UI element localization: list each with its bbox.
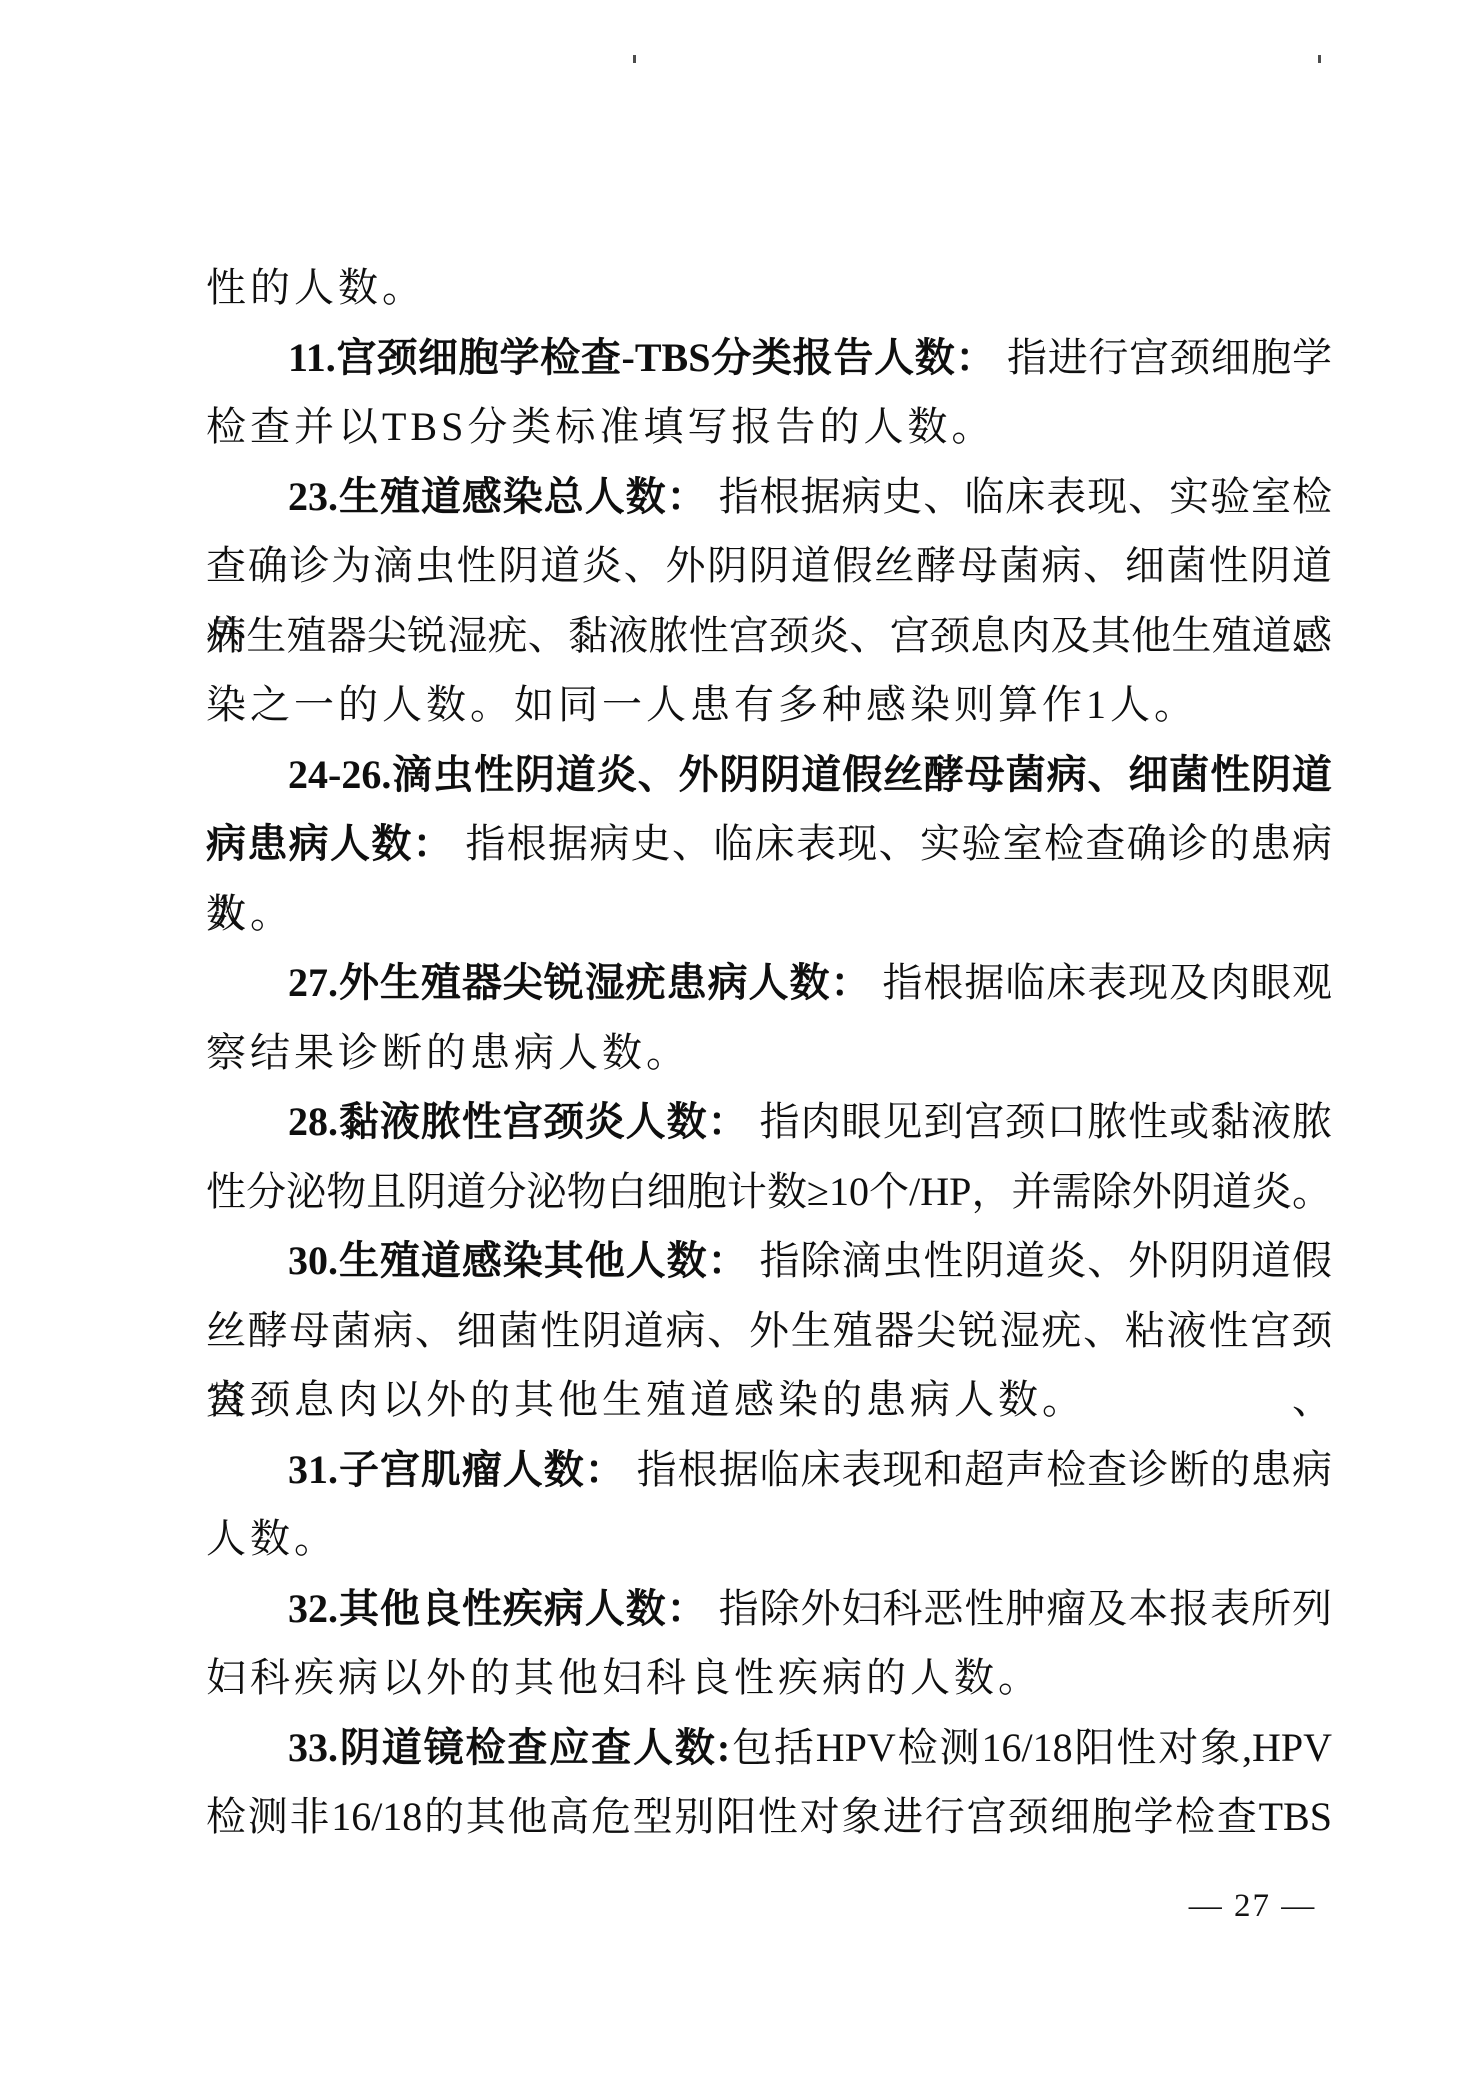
item-number-heading: 病患病人数： — [206, 821, 454, 866]
line-text: 检查并以TBS分类标准填写报告的人数。 — [206, 404, 995, 449]
scan-speck — [1318, 55, 1321, 63]
item-number-heading: 33.阴道镜检查应查人数: — [288, 1725, 730, 1770]
text-line: 检查并以TBS分类标准填写报告的人数。 — [206, 392, 1332, 462]
text-line: 外生殖器尖锐湿疣、黏液脓性宫颈炎、宫颈息肉及其他生殖道感 — [206, 601, 1332, 671]
line-text: 人数。 — [206, 1516, 338, 1561]
line-text: 染之一的人数。如同一人患有多种感染则算作1人。 — [206, 682, 1198, 727]
item-number-heading: 28.黏液脓性宫颈炎人数： — [288, 1099, 749, 1144]
line-text: 数。 — [206, 891, 294, 936]
text-line: 病患病人数： 指根据病史、临床表现、实验室检查确诊的患病人 — [206, 809, 1332, 879]
line-text: 指除滴虫性阴道炎、外阴阴道假 — [749, 1238, 1332, 1283]
line-text: 察结果诊断的患病人数。 — [206, 1030, 690, 1075]
line-text: 宫颈息肉以外的其他生殖道感染的患病人数。 — [206, 1377, 1086, 1422]
line-text: 包括HPV检测16/18阳性对象,HPV — [730, 1725, 1332, 1770]
text-line: 丝酵母菌病、细菌性阴道病、外生殖器尖锐湿疣、粘液性宫颈炎、 — [206, 1296, 1332, 1366]
line-text: 外生殖器尖锐湿疣、黏液脓性宫颈炎、宫颈息肉及其他生殖道感 — [206, 613, 1332, 658]
item-number-heading: 31.子宫肌瘤人数： — [288, 1447, 626, 1492]
line-text: 指除外妇科恶性肿瘤及本报表所列 — [708, 1586, 1332, 1631]
line-text: 指根据临床表现和超声检查诊断的患病 — [626, 1447, 1332, 1492]
text-line: 33.阴道镜检查应查人数:包括HPV检测16/18阳性对象,HPV — [206, 1713, 1332, 1783]
text-line: 28.黏液脓性宫颈炎人数： 指肉眼见到宫颈口脓性或黏液脓 — [206, 1087, 1332, 1157]
document-text-block: 性的人数。 11.宫颈细胞学检查-TBS分类报告人数： 指进行宫颈细胞学 检查并… — [206, 253, 1332, 1852]
item-number-heading: 24-26.滴虫性阴道炎、外阴阴道假丝酵母菌病、细菌性阴道 — [288, 752, 1332, 797]
text-line: 性分泌物且阴道分泌物白细胞计数≥10个/HP，并需除外阴道炎。 — [206, 1157, 1332, 1227]
text-line: 32.其他良性疾病人数： 指除外妇科恶性肿瘤及本报表所列 — [206, 1574, 1332, 1644]
item-number-heading: 30.生殖道感染其他人数： — [288, 1238, 749, 1283]
text-line: 检测非16/18的其他高危型别阳性对象进行宫颈细胞学检查TBS — [206, 1782, 1332, 1852]
line-text: 性分泌物且阴道分泌物白细胞计数≥10个/HP，并需除外阴道炎。 — [206, 1169, 1332, 1214]
text-line: 23.生殖道感染总人数： 指根据病史、临床表现、实验室检 — [206, 462, 1332, 532]
item-number-heading: 27.外生殖器尖锐湿疣患病人数： — [288, 960, 871, 1005]
line-text: 检测非16/18的其他高危型别阳性对象进行宫颈细胞学检查TBS — [206, 1794, 1332, 1839]
text-line: 27.外生殖器尖锐湿疣患病人数： 指根据临床表现及肉眼观 — [206, 948, 1332, 1018]
item-number-heading: 23.生殖道感染总人数： — [288, 474, 708, 519]
text-line: 人数。 — [206, 1504, 1332, 1574]
line-text: 性的人数。 — [206, 265, 426, 310]
text-line: 性的人数。 — [206, 253, 1332, 323]
text-line: 察结果诊断的患病人数。 — [206, 1018, 1332, 1088]
text-line: 24-26.滴虫性阴道炎、外阴阴道假丝酵母菌病、细菌性阴道 — [206, 740, 1332, 810]
text-line: 妇科疾病以外的其他妇科良性疾病的人数。 — [206, 1643, 1332, 1713]
text-line: 染之一的人数。如同一人患有多种感染则算作1人。 — [206, 670, 1332, 740]
text-line: 30.生殖道感染其他人数： 指除滴虫性阴道炎、外阴阴道假 — [206, 1226, 1332, 1296]
scan-speck — [633, 55, 636, 63]
line-text: 指肉眼见到宫颈口脓性或黏液脓 — [749, 1099, 1332, 1144]
text-line: 数。 — [206, 879, 1332, 949]
text-line: 查确诊为滴虫性阴道炎、外阴阴道假丝酵母菌病、细菌性阴道病、 — [206, 531, 1332, 601]
text-line: 31.子宫肌瘤人数： 指根据临床表现和超声检查诊断的患病 — [206, 1435, 1332, 1505]
line-text: 指进行宫颈细胞学 — [996, 335, 1332, 380]
item-number-heading: 32.其他良性疾病人数： — [288, 1586, 708, 1631]
line-text: 指根据病史、临床表现、实验室检 — [708, 474, 1332, 519]
page-number: — 27 — — [1155, 1888, 1350, 1925]
line-text: 指根据临床表现及肉眼观 — [871, 960, 1332, 1005]
text-line: 11.宫颈细胞学检查-TBS分类报告人数： 指进行宫颈细胞学 — [206, 323, 1332, 393]
item-number-heading: 11.宫颈细胞学检查-TBS分类报告人数： — [288, 335, 996, 380]
line-text: 妇科疾病以外的其他妇科良性疾病的人数。 — [206, 1655, 1042, 1700]
